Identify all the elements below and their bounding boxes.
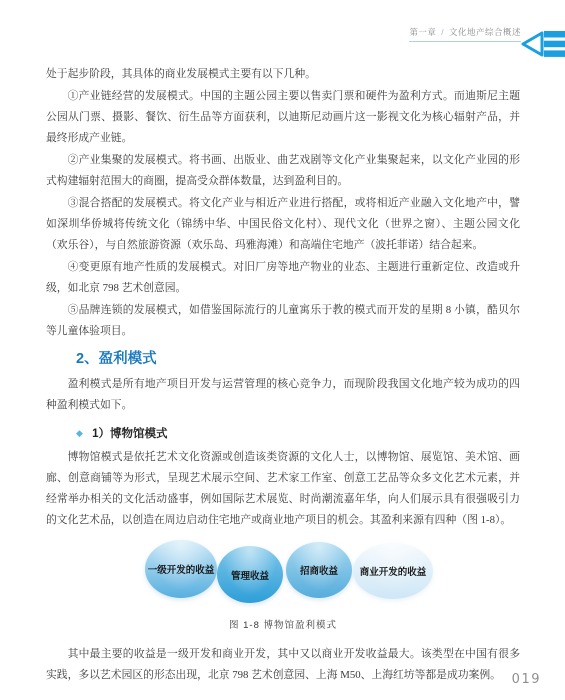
revenue-oval-commercial-development: 商业开发的收益 [353, 543, 433, 599]
running-header: 第一章 / 文化地产综合概述 [409, 26, 521, 42]
revenue-oval-primary-development: 一级开发的收益 [145, 540, 217, 598]
oval-label: 招商收益 [300, 563, 338, 577]
figure-museum-profit-model: 一级开发的收益 管理收益 招商收益 商业开发的收益 [46, 540, 520, 610]
oval-label: 管理收益 [231, 568, 269, 582]
subsection-heading-label: 1）博物馆模式 [92, 428, 167, 440]
figure-caption: 图 1-8 博物馆盈利模式 [46, 617, 520, 631]
pencil-bar [544, 50, 565, 57]
book-page: 第一章 / 文化地产综合概述 处于起步阶段，其具体的商业发展模式主要有以下几种。… [0, 0, 565, 700]
paragraph: ③混合搭配的发展模式。将文化产业与相近产业进行搭配，或将相近产业融入文化地产中，… [46, 193, 520, 256]
pencil-tip [523, 33, 542, 55]
revenue-oval-merchant-recruiting: 招商收益 [286, 542, 352, 598]
section-intro-paragraph: 盈利模式是所有地产项目开发与运营管理的核心竞争力，而现阶段我国文化地产较为成功的… [46, 374, 520, 416]
paragraph: 处于起步阶段，其具体的商业发展模式主要有以下几种。 [46, 64, 520, 85]
pencil-bar [544, 41, 565, 48]
revenue-oval-management: 管理收益 [217, 546, 283, 603]
closing-paragraph: 其中最主要的收益是一级开发和商业开发，其中又以商业开发收益最大。该类型在中国有很… [46, 644, 520, 686]
chapter-title-label: 文化地产综合概述 [449, 27, 521, 37]
section-heading: 2、盈利模式 [46, 349, 520, 369]
subsection-heading: ◆ 1）博物馆模式 [46, 425, 520, 443]
header-separator: / [439, 27, 446, 37]
paragraph: ②产业集聚的发展模式。将书画、出版业、曲艺戏剧等文化产业集聚起来，以文化产业园的… [46, 150, 520, 192]
pencil-bar [544, 31, 565, 38]
diamond-bullet-icon: ◆ [76, 428, 83, 438]
paragraph: ④变更原有地产性质的发展模式。对旧厂房等地产物业的业态、主题进行重新定位、改造或… [46, 257, 520, 299]
paragraph: ⑤品牌连锁的发展模式，如借鉴国际流行的儿童寓乐于教的模式而开发的星期 8 小镇，… [46, 300, 520, 342]
chapter-label: 第一章 [409, 27, 436, 37]
oval-label: 一级开发的收益 [148, 562, 215, 576]
paragraph: ①产业链经营的发展模式。中国的主题公园主要以售卖门票和硬件为盈利方式。而迪斯尼主… [46, 86, 520, 149]
subsection-paragraph: 博物馆模式是依托艺术文化资源或创造该类资源的文化人士，以博物馆、展览馆、美术馆、… [46, 447, 520, 531]
oval-label: 商业开发的收益 [360, 564, 427, 578]
page-content: 处于起步阶段，其具体的商业发展模式主要有以下几种。 ①产业链经营的发展模式。中国… [46, 64, 520, 687]
page-number: 019 [512, 672, 541, 687]
pencil-arrow-icon [521, 29, 565, 59]
